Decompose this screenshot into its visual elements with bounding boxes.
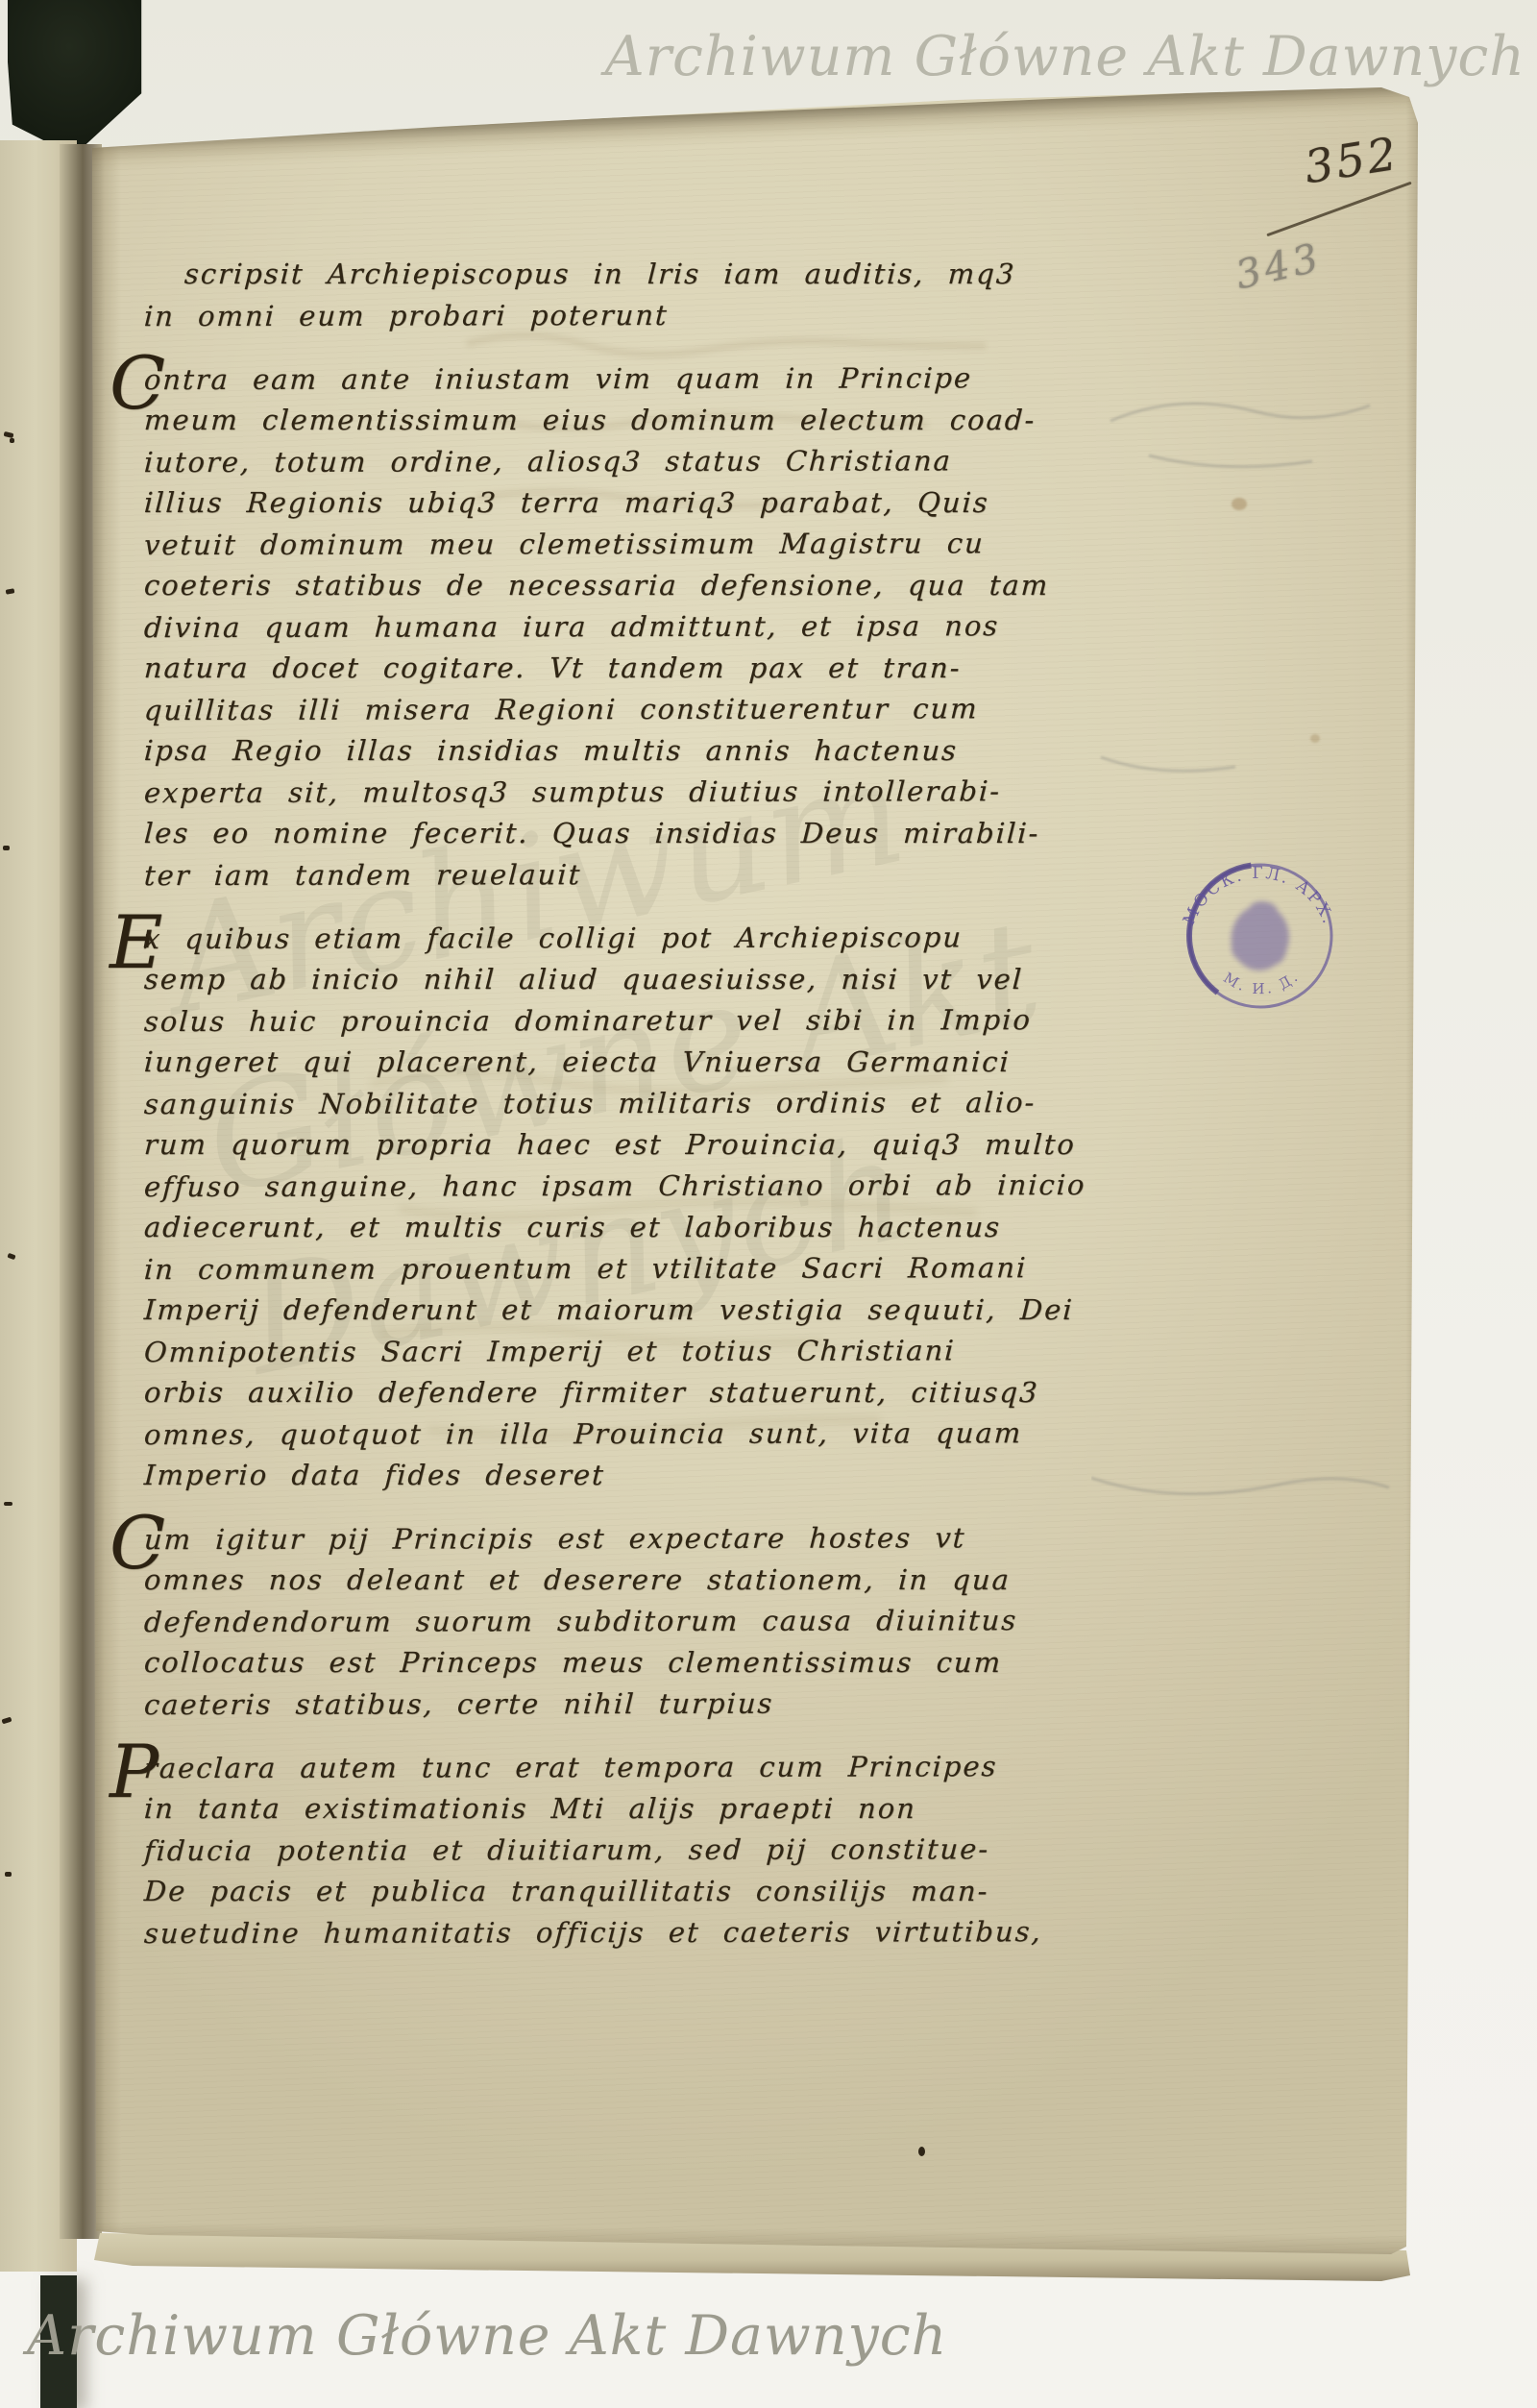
- manuscript-line: coeteris statibus de necessaria defensio…: [143, 565, 1178, 606]
- manuscript-line: suetudine humanitatis officijs et caeter…: [143, 1911, 1178, 1954]
- manuscript-line: De pacis et publica tranquillitatis cons…: [143, 1871, 1178, 1912]
- manuscript-line: iungeret qui placerent, eiecta Vniuersa …: [143, 1042, 1178, 1083]
- archive-stamp: МОСК. ГЛ. АРХ. М. И. Д.: [1166, 842, 1354, 1030]
- scan-canvas: Archiwum Główne Akt Dawnych Archiwum Głó…: [0, 0, 1537, 2408]
- manuscript-line: ter iam tandem reuelauit: [143, 853, 1178, 897]
- manuscript-line: omnes, quotquot in illa Prouincia sunt, …: [143, 1413, 1178, 1456]
- page-top-edge-shading: [86, 83, 1431, 173]
- manuscript-line: ontra eam ante iniustam vim quam in Prin…: [143, 357, 1178, 401]
- manuscript-line: rum quorum propria haec est Prouincia, q…: [143, 1124, 1178, 1166]
- manuscript-line: semp ab inicio nihil aliud quaesiuisse, …: [143, 959, 1178, 1000]
- manuscript-line: Imperij defenderunt et maiorum vestigia …: [143, 1290, 1178, 1331]
- manuscript-line: in omni eum probari poterunt: [143, 294, 1178, 337]
- manuscript-line: Omnipotentis Sacri Imperij et totius Chr…: [143, 1330, 1178, 1373]
- manuscript-line: divina quam humana iura admittunt, et ip…: [143, 605, 1178, 649]
- facing-page-ink-mark: [6, 588, 15, 594]
- manuscript-line: natura docet cogitare. Vt tandem pax et …: [143, 648, 1178, 689]
- manuscript-line: caeteris statibus, certe nihil turpius: [143, 1683, 1178, 1726]
- manuscript-line: sanguinis Nobilitate totius militaris or…: [143, 1082, 1178, 1125]
- manuscript-line: collocatus est Princeps meus clementissi…: [143, 1642, 1178, 1683]
- manuscript-line: adiecerunt, et multis curis et laboribus…: [143, 1207, 1178, 1248]
- fox-spot: [1310, 734, 1320, 743]
- manuscript-line: defendendorum suorum subditorum causa di…: [143, 1600, 1178, 1643]
- folio-number-ink: 352: [1301, 128, 1403, 195]
- facing-page-ink-mark: [7, 1253, 15, 1260]
- facing-page-ink-mark: [5, 1872, 12, 1877]
- ink-speck: [918, 2147, 925, 2156]
- manuscript-line: ipsa Regio illas insidias multis annis h…: [143, 730, 1178, 772]
- manuscript-line: um igitur pij Principis est expectare ho…: [143, 1517, 1178, 1560]
- archive-watermark-bottom: Archiwum Główne Akt Dawnych: [27, 2304, 947, 2368]
- facing-page-ink-mark: [3, 846, 10, 850]
- manuscript-page: Archiwum Główne Akt Dawnych: [92, 85, 1424, 2287]
- manuscript-line: experta sit, multosq3 sumptus diutius in…: [143, 771, 1178, 814]
- manuscript-line: solus huic prouincia dominaretur vel sib…: [143, 999, 1178, 1043]
- binding-ribbon-top: [0, 0, 154, 156]
- archive-watermark-top: Archiwum Główne Akt Dawnych: [574, 25, 1525, 88]
- stamp-emblem: [1228, 898, 1293, 974]
- manuscript-paragraph: Ex quibus etiam facile colligi pot Archi…: [144, 918, 1177, 1496]
- manuscript-line: in tanta existimationis Mti alijs praept…: [143, 1788, 1178, 1830]
- manuscript-line: x quibus etiam facile colligi pot Archie…: [143, 917, 1178, 960]
- manuscript-line: effuso sanguine, hanc ipsam Christiano o…: [143, 1165, 1178, 1208]
- manuscript-line: Imperio data fides deseret: [143, 1455, 1178, 1496]
- folio-number-pencil: 343: [1232, 233, 1327, 298]
- manuscript-line: orbis auxilio defendere firmiter statuer…: [143, 1372, 1178, 1413]
- manuscript-text: scripsit Archiepiscopus in lris iam audi…: [144, 254, 1177, 1976]
- manuscript-line: raeclara autem tunc erat tempora cum Pri…: [143, 1746, 1178, 1789]
- facing-page-ink-mark: [10, 438, 14, 443]
- facing-page-ink-mark: [1, 1717, 12, 1725]
- manuscript-paragraph: Cum igitur pij Principis est expectare h…: [144, 1518, 1177, 1725]
- manuscript-paragraph: Praeclara autem tunc erat tempora cum Pr…: [144, 1747, 1177, 1953]
- manuscript-paragraph: scripsit Archiepiscopus in lris iam audi…: [144, 254, 1177, 336]
- manuscript-line: meum clementissimum eius dominum electum…: [143, 400, 1178, 441]
- manuscript-line: vetuit dominum meu clemetissimum Magistr…: [143, 523, 1178, 566]
- manuscript-line: fiducia potentia et diuitiarum, sed pij …: [143, 1829, 1178, 1872]
- manuscript-line: omnes nos deleant et deserere stationem,…: [143, 1560, 1178, 1601]
- manuscript-line: iutore, totum ordine, aliosq3 status Chr…: [143, 440, 1178, 483]
- fox-spot: [1232, 498, 1247, 510]
- manuscript-line: quillitas illi misera Regioni constituer…: [143, 688, 1178, 731]
- manuscript-paragraph: Contra eam ante iniustam vim quam in Pri…: [144, 358, 1177, 896]
- manuscript-line: illius Regionis ubiq3 terra mariq3 parab…: [143, 482, 1178, 524]
- manuscript-line: scripsit Archiepiscopus in lris iam audi…: [143, 254, 1178, 295]
- manuscript-line: in communem prouentum et vtilitate Sacri…: [143, 1247, 1178, 1290]
- manuscript-line: les eo nomine fecerit. Quas insidias Deu…: [143, 813, 1178, 854]
- facing-page-ink-mark: [4, 1502, 12, 1506]
